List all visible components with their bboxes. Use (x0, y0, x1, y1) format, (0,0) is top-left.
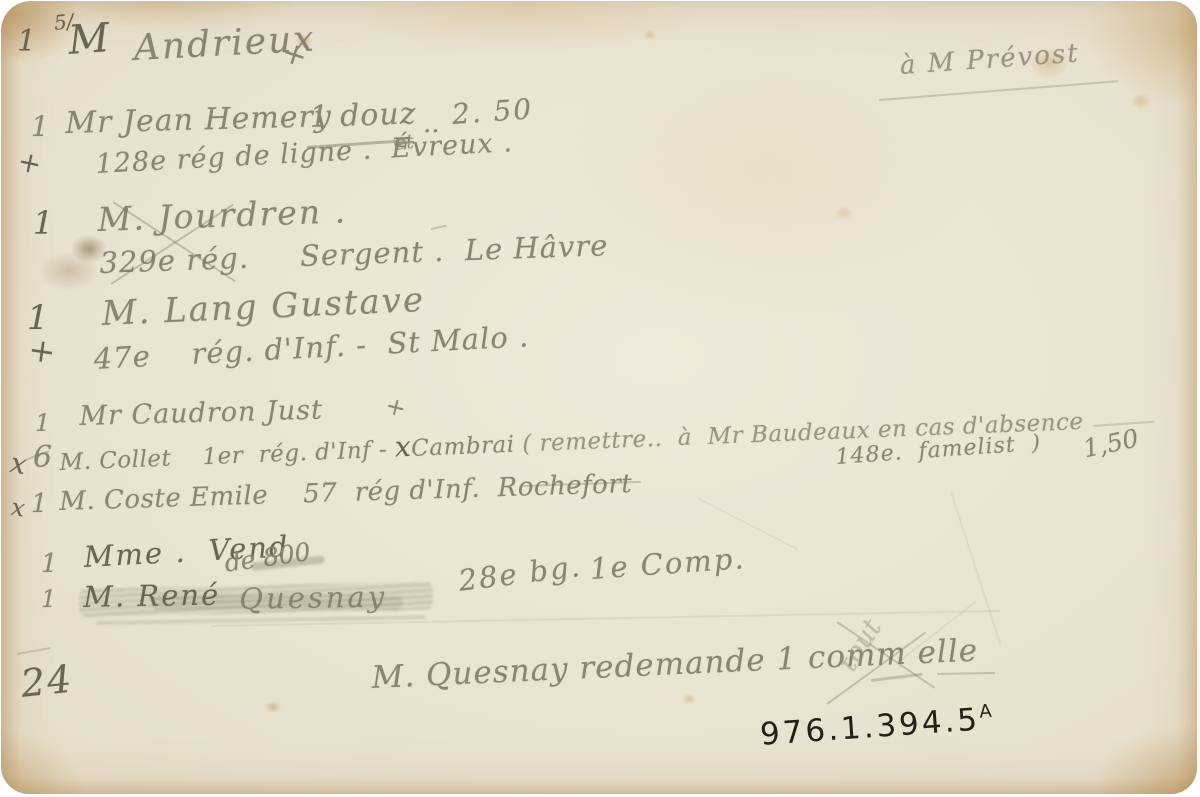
quesnay-scribble-core (151, 595, 403, 610)
hemery-plus-mark: + (15, 147, 44, 179)
photo-card-verso: 1 5/ M Andrieux + à M Prévost 1 + Mr Jea… (1, 1, 1197, 794)
andrieux-initial: M (67, 18, 111, 61)
coste-x-mark: x (10, 495, 27, 521)
collet-place: Cambrai (411, 431, 523, 461)
collet-x-mark: x (8, 449, 28, 479)
hemery-price: 2. 50 (451, 95, 534, 129)
total-tick-stroke (17, 647, 51, 655)
lang-name: M. Lang Gustave (101, 283, 426, 331)
lang-qty: 1 (27, 301, 49, 335)
jourdren-regiment-line: 329e rég. Sergent . Le Hâvre (99, 231, 609, 278)
vend-qty: 1 (41, 551, 58, 577)
footer-note: M. Quesnay redemande 1 comm elle (371, 635, 979, 693)
jourdren-dash (431, 225, 447, 230)
coste-qty: 1 (31, 491, 48, 517)
caudron-qty: 1 (35, 411, 50, 435)
inventory-number: 976.1.394.5A (759, 703, 996, 751)
quesnay-company: 1e Comp. (589, 544, 746, 584)
inventory-number-suffix: A (979, 701, 996, 723)
hemery-qty: 1 (31, 113, 49, 141)
inventory-number-digits: 976.1.394.5 (759, 702, 981, 753)
coste-entry-line: M. Coste Emile 57 rég d'Inf. Rochefort (59, 471, 633, 515)
caudron-name: Mr Caudron Just (79, 397, 323, 430)
hemery-name: Mr Jean Hemery (65, 102, 332, 139)
destinataire-prevost: à M Prévost (899, 40, 1080, 79)
total-count: 24 (19, 660, 75, 703)
stray-stroke-1 (697, 497, 798, 550)
hemery-amount: 1 douz (309, 99, 417, 133)
jourdren-qty: 1 (33, 207, 53, 239)
prevost-underline-stroke (879, 80, 1118, 101)
note-dash-2 (937, 672, 995, 675)
collet-price: 1,50 (1081, 425, 1141, 461)
quesnay-regiment: 28e bg. (457, 552, 583, 596)
andrieux-qty: 1 (17, 27, 36, 57)
collet-cambrai-x-mark: x (394, 430, 412, 464)
collet-body: M. Collet 1er rég. d'Inf - (59, 437, 395, 476)
lang-plus-mark: + (27, 333, 58, 368)
caudron-plus-mark: + (383, 393, 408, 421)
quesnay-qty: 1 (41, 587, 56, 611)
stray-stroke-2 (950, 492, 1001, 645)
collet-qty: 6 (33, 443, 52, 473)
